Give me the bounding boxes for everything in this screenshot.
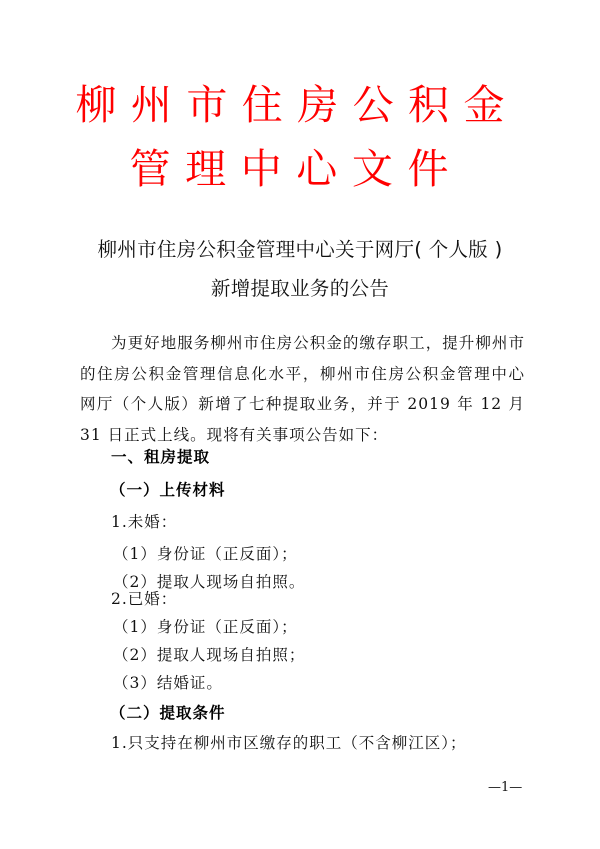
list-item: （2）提取人现场自拍照； <box>113 644 305 666</box>
document-title-line-2: 新增提取业务的公告 <box>0 273 600 301</box>
document-title-line-1: 柳州市住房公积金管理中心关于网厅( 个人版 ) <box>0 234 600 262</box>
list-item: （3）结婚证。 <box>113 672 223 694</box>
header-char: 柳 <box>74 82 118 128</box>
header-char: 心 <box>295 146 339 192</box>
red-header-line-1: 柳 州 市 住 房 公 积 金 <box>74 82 506 128</box>
intro-text: 为更好地服务柳州市住房公积金的缴存职工，提升柳州市的住房公积金管理信息化水平，柳… <box>80 334 525 444</box>
header-char: 件 <box>406 146 450 192</box>
header-char: 积 <box>407 82 451 128</box>
header-char: 市 <box>185 82 229 128</box>
header-char: 住 <box>240 82 284 128</box>
header-char: 金 <box>462 82 506 128</box>
subsection-heading-upload-materials: （一）上传材料 <box>110 479 226 501</box>
subsection-heading-conditions: （二）提取条件 <box>110 702 226 724</box>
list-item: （1）身份证（正反面）； <box>113 543 298 565</box>
list-item: （1）身份证（正反面）； <box>113 616 298 638</box>
header-char: 房 <box>296 82 340 128</box>
red-header-line-2: 管 理 中 心 文 件 <box>128 146 450 192</box>
intro-paragraph: 为更好地服务柳州市住房公积金的缴存职工，提升柳州市的住房公积金管理信息化水平，柳… <box>80 328 525 450</box>
condition-item: 1.只支持在柳州市区缴存的职工（不含柳江区）； <box>111 732 467 754</box>
header-char: 管 <box>128 146 172 192</box>
header-char: 理 <box>184 146 228 192</box>
header-char: 公 <box>351 82 395 128</box>
section-heading-rent-withdrawal: 一、租房提取 <box>111 446 210 468</box>
unmarried-label: 1.未婚： <box>111 511 177 533</box>
header-char: 中 <box>239 146 283 192</box>
document-page: 柳 州 市 住 房 公 积 金 管 理 中 心 文 件 柳州市住房公积金管理中心… <box>0 0 600 849</box>
page-number: —1— <box>488 780 522 795</box>
married-label: 2.已婚： <box>111 588 177 610</box>
header-char: 州 <box>129 82 173 128</box>
header-char: 文 <box>350 146 394 192</box>
